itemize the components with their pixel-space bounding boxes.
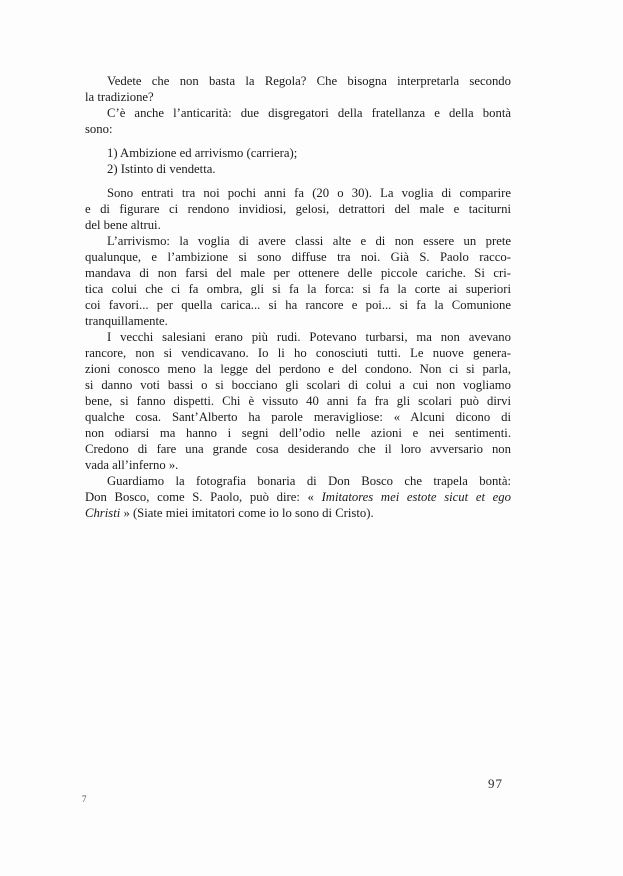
text-line: Sono entrati tra noi pochi anni fa (20 o… xyxy=(85,185,511,201)
text-line: 1) Ambizione ed arrivismo (carriera); xyxy=(85,145,511,161)
print-signature-mark: 7 xyxy=(82,794,87,804)
paragraph-6: Guardiamo la fotografia bonaria di Don B… xyxy=(85,473,511,521)
text-line: la tradizione? xyxy=(85,89,511,105)
paragraph-2: C’è anche l’anticarità: due disgregatori… xyxy=(85,105,511,137)
text-segment: Don Bosco, come S. Paolo, può dire: « xyxy=(85,490,322,504)
text-line: zioni conosco meno la legge del perdono … xyxy=(85,361,511,377)
text-line: Christi » (Siate miei imitatori come io … xyxy=(85,505,511,521)
text-line: Don Bosco, come S. Paolo, può dire: « Im… xyxy=(85,489,511,505)
text-line: I vecchi salesiani erano più rudi. Potev… xyxy=(85,329,511,345)
text-line: vada all’inferno ». xyxy=(85,457,511,473)
text-line: bene, si fanno dispetti. Chi è vissuto 4… xyxy=(85,393,511,409)
paragraph-4: L’arrivismo: la voglia di avere classi a… xyxy=(85,233,511,329)
paragraph-3: Sono entrati tra noi pochi anni fa (20 o… xyxy=(85,185,511,233)
page-number: 97 xyxy=(488,776,503,792)
text-line: 2) Istinto di vendetta. xyxy=(85,161,511,177)
text-line: Vedete che non basta la Regola? Che biso… xyxy=(85,73,511,89)
text-line: C’è anche l’anticarità: due disgregatori… xyxy=(85,105,511,121)
document-page: Vedete che non basta la Regola? Che biso… xyxy=(0,0,623,876)
italic-text-segment: Christi xyxy=(85,506,120,520)
text-line: qualunque, e l’ambizione si sono diffuse… xyxy=(85,249,511,265)
italic-text-segment: Imitatores mei estote sicut et ego xyxy=(322,490,511,504)
paragraph-1: Vedete che non basta la Regola? Che biso… xyxy=(85,73,511,105)
text-line: mandava di non farsi del male per ottene… xyxy=(85,265,511,281)
paragraph-5: I vecchi salesiani erano più rudi. Potev… xyxy=(85,329,511,473)
text-line: Guardiamo la fotografia bonaria di Don B… xyxy=(85,473,511,489)
text-segment: » (Siate miei imitatori come io lo sono … xyxy=(120,506,373,520)
text-line: rancore, non si vendicavano. Io li ho co… xyxy=(85,345,511,361)
text-line: coi favori... per quella carica... si ha… xyxy=(85,297,511,313)
text-line: si danno voti bassi o si bocciano gli sc… xyxy=(85,377,511,393)
text-line: del bene altrui. xyxy=(85,217,511,233)
text-line: e di figurare ci rendono invidiosi, gelo… xyxy=(85,201,511,217)
text-line: L’arrivismo: la voglia di avere classi a… xyxy=(85,233,511,249)
text-line: sono: xyxy=(85,121,511,137)
text-line: qualche cosa. Sant’Alberto ha parole mer… xyxy=(85,409,511,425)
text-line: non odiarsi ma hanno i segni dell’odio n… xyxy=(85,425,511,441)
text-line: Credono di fare una grande cosa desidera… xyxy=(85,441,511,457)
numbered-list: 1) Ambizione ed arrivismo (carriera);2) … xyxy=(85,145,511,177)
text-line: tranquillamente. xyxy=(85,313,511,329)
text-line: tica colui che ci fa ombra, gli si fa la… xyxy=(85,281,511,297)
body-text: Vedete che non basta la Regola? Che biso… xyxy=(85,73,511,521)
